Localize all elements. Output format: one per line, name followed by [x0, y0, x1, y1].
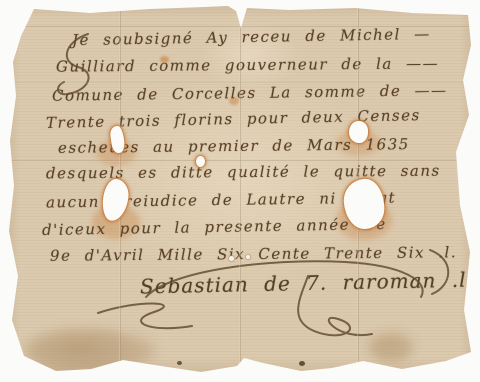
handwriting-line: desquels es ditte qualité le quitte sans	[46, 162, 441, 183]
water-stain-bottom-right	[370, 335, 412, 361]
signature: Sebastian de 7. raroman .l.	[140, 268, 474, 299]
scanned-document: Je soubsigné Ay receu de Michel — Guilli…	[0, 0, 480, 382]
handwriting-line: Comune de Corcelles La somme de ——	[52, 81, 448, 105]
water-stain-bottom-left	[25, 330, 155, 372]
pinhole	[246, 255, 250, 259]
fold-crease-horizontal-faint	[0, 82, 480, 84]
signature-paraph-left	[98, 303, 192, 328]
paper-hole-center	[196, 156, 205, 167]
paper-hole-right-upper	[349, 121, 368, 143]
handwriting-line: Guilliard comme gouverneur de la ——	[56, 54, 439, 75]
handwriting-line: 9e d'Avril Mille Six Cente Trente Six .l…	[50, 243, 457, 265]
fold-crease-vertical-center	[239, 0, 241, 382]
pinhole	[229, 256, 234, 261]
handwriting-line: Je soubsigné Ay receu de Michel —	[72, 25, 431, 49]
ink-dot	[177, 361, 182, 365]
fold-crease-horizontal-top	[0, 26, 480, 28]
ink-dot	[299, 361, 305, 366]
manuscript-paper: Je soubsigné Ay receu de Michel — Guilli…	[0, 0, 480, 382]
fold-crease-horizontal-middle	[0, 160, 480, 162]
